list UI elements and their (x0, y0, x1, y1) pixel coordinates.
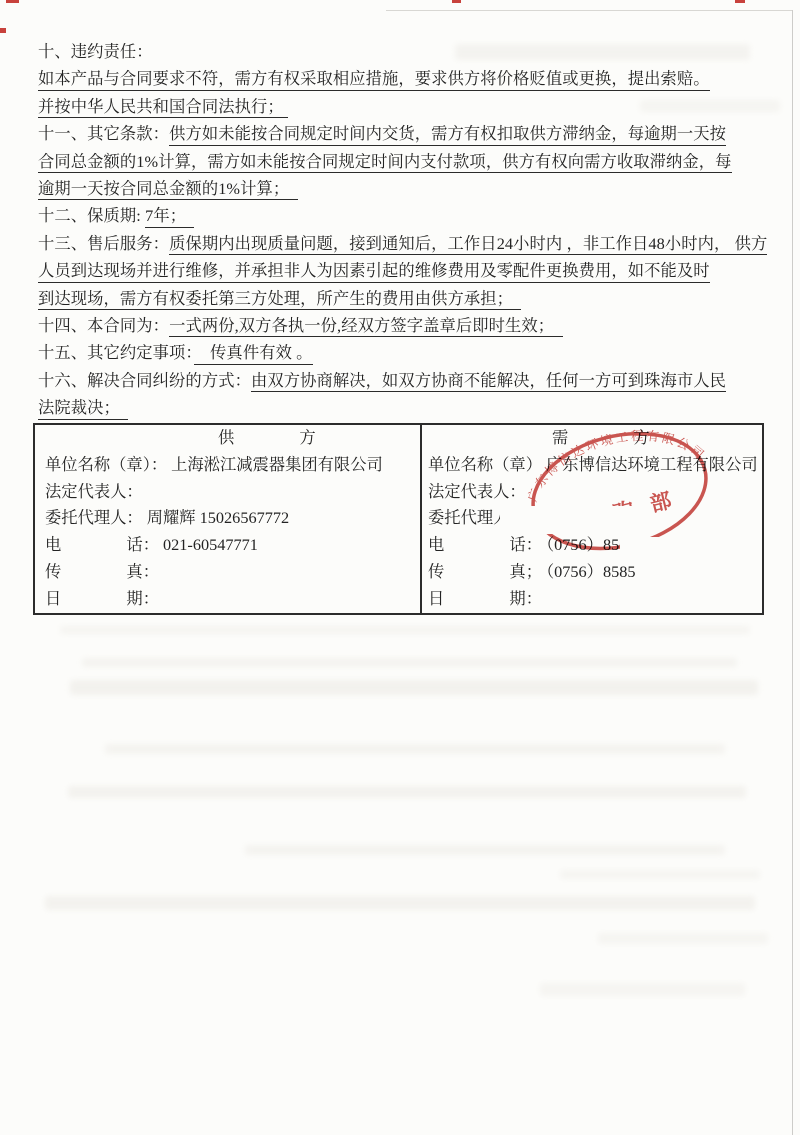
buyer-row-label: 传 真； (428, 562, 542, 581)
redaction-box (500, 506, 652, 534)
clause-underlined-text: 并按中华人民共和国合同法执行； (38, 97, 288, 119)
clause-underlined-text: 人员到达现场并进行维修，并承担非人为因素引起的维修费用及零配件更换费用，如不能及… (38, 261, 710, 283)
contract-clause: 合同总金额的1%计算，需方如未能按合同规定时间内支付款项，供方有权向需方收取滞纳… (38, 148, 773, 175)
supplier-row: 法定代表人： (45, 479, 420, 506)
bleedthrough-artifact (68, 786, 746, 798)
scan-artifact-mark (6, 0, 19, 3)
contract-clause: 十六、解决合同纠纷的方式：由双方协商解决，如双方协商不能解决，任何一方可到珠海市… (38, 367, 773, 394)
contract-clause: 十四、本合同为：一式两份,双方各执一份,经双方签字盖章后即时生效； (38, 312, 773, 339)
clause-plain-text: 十、违约责任： (38, 42, 153, 61)
supplier-row: 电 话：021-60547771 (45, 532, 420, 559)
clause-underlined-text: 合同总金额的1%计算，需方如未能按合同规定时间内支付款项，供方有权向需方收取滞纳… (38, 152, 732, 174)
supplier-row-label: 电 话： (45, 535, 159, 554)
page-edge-shadow-right (792, 10, 793, 1135)
clause-plain-text: 十四、本合同为： (38, 316, 169, 335)
clause-underlined-text: 如本产品与合同要求不符，需方有权采取相应措施，要求供方将价格贬值或更换，提出索赔… (38, 69, 710, 91)
redaction-box (620, 537, 672, 557)
supplier-row-label: 委托代理人： (45, 508, 143, 527)
supplier-row-label: 日 期： (45, 589, 159, 608)
contract-clause: 人员到达现场并进行维修，并承担非人为因素引起的维修费用及零配件更换费用，如不能及… (38, 257, 773, 284)
supplier-row: 日 期： (45, 586, 420, 613)
clause-plain-text: 十二、保质期: (38, 206, 145, 225)
contract-clause: 十三、售后服务：质保期内出现质量问题，接到通知后，工作日24小时内 ，非工作日4… (38, 230, 773, 257)
bleedthrough-artifact (105, 744, 725, 754)
contract-clauses-block: 十、违约责任：如本产品与合同要求不符，需方有权采取相应措施，要求供方将价格贬值或… (38, 38, 773, 421)
bleedthrough-artifact (82, 658, 737, 667)
bleedthrough-artifact (45, 896, 755, 910)
bleedthrough-artifact (540, 983, 745, 996)
contract-clause: 逾期一天按合同总金额的1%计算； (38, 175, 773, 202)
clause-underlined-text: 质保期内出现质量问题，接到通知后，工作日24小时内 ，非工作日48小时内， 供方 (169, 234, 767, 256)
supplier-row-value: 021-60547771 (163, 535, 258, 554)
buyer-row-label: 电 话： (428, 535, 542, 554)
buyer-row-label: 日 期： (428, 589, 542, 608)
clause-plain-text: 十六、解决合同纠纷的方式： (38, 371, 251, 390)
clause-underlined-text: 由双方协商解决，如双方协商不能解决，任何一方可到珠海市人民 (251, 371, 726, 393)
contract-clause: 如本产品与合同要求不符，需方有权采取相应措施，要求供方将价格贬值或更换，提出索赔… (38, 65, 773, 92)
buyer-row-label: 法定代表人： (428, 482, 526, 501)
contract-clause: 到达现场，需方有权委托第三方处理，所产生的费用由供方承担； (38, 285, 773, 312)
supplier-row-value: 周耀辉 15026567772 (147, 508, 289, 527)
supplier-row-value: 上海淞江减震器集团有限公司 (171, 455, 383, 474)
clause-plain-text: 十一、其它条款： (38, 124, 169, 143)
clause-plain-text: 十五、其它约定事项： (38, 343, 194, 362)
clause-underlined-text: 供方如未能按合同规定时间内交货，需方有权扣取供方滞纳金，每逾期一天按 (169, 124, 726, 146)
clause-underlined-text: 到达现场，需方有权委托第三方处理，所产生的费用由供方承担； (38, 289, 521, 311)
bleedthrough-artifact (598, 933, 768, 944)
contract-clause: 十、违约责任： (38, 38, 773, 65)
scan-artifact-mark (735, 0, 745, 3)
supplier-row-label: 传 真： (45, 562, 159, 581)
contract-clause: 十二、保质期: 7年； (38, 202, 773, 229)
clause-underlined-text: 逾期一天按合同总金额的1%计算； (38, 179, 298, 201)
supplier-header: 供 方 (45, 425, 420, 452)
scan-artifact-mark (0, 28, 6, 33)
supplier-row: 委托代理人：周耀辉 15026567772 (45, 505, 420, 532)
contract-clause: 十一、其它条款：供方如未能按合同规定时间内交货，需方有权扣取供方滞纳金，每逾期一… (38, 120, 773, 147)
clause-underlined-text: 法院裁决； (38, 398, 128, 420)
clause-plain-text: 十三、售后服务： (38, 234, 169, 253)
clause-underlined-text: 传真件有效 。 (194, 343, 313, 365)
buyer-row: 日 期： (428, 586, 762, 613)
supplier-row-label: 单位名称（章）： (45, 455, 167, 474)
supplier-rows: 单位名称（章）：上海淞江减震器集团有限公司法定代表人：委托代理人：周耀辉 150… (45, 452, 420, 613)
page-edge-shadow-top (386, 10, 793, 11)
bleedthrough-artifact (60, 626, 750, 634)
contract-clause: 并按中华人民共和国合同法执行； (38, 93, 773, 120)
clause-underlined-text: 7年； (145, 206, 194, 228)
bleedthrough-artifact (560, 870, 760, 879)
clause-underlined-text: 一式两份,双方各执一份,经双方签字盖章后即时生效； (169, 316, 562, 338)
bleedthrough-artifact (70, 680, 758, 695)
supplier-row: 传 真： (45, 559, 420, 586)
contract-clause: 十五、其它约定事项： 传真件有效 。 (38, 339, 773, 366)
scanned-contract-page: 十、违约责任：如本产品与合同要求不符，需方有权采取相应措施，要求供方将价格贬值或… (0, 0, 800, 1135)
supplier-cell: 供 方 单位名称（章）：上海淞江减震器集团有限公司法定代表人：委托代理人：周耀辉… (35, 425, 422, 613)
scan-artifact-mark (452, 0, 461, 3)
supplier-row-label: 法定代表人： (45, 482, 143, 501)
supplier-row: 单位名称（章）：上海淞江减震器集团有限公司 (45, 452, 420, 479)
bleedthrough-artifact (245, 845, 725, 855)
